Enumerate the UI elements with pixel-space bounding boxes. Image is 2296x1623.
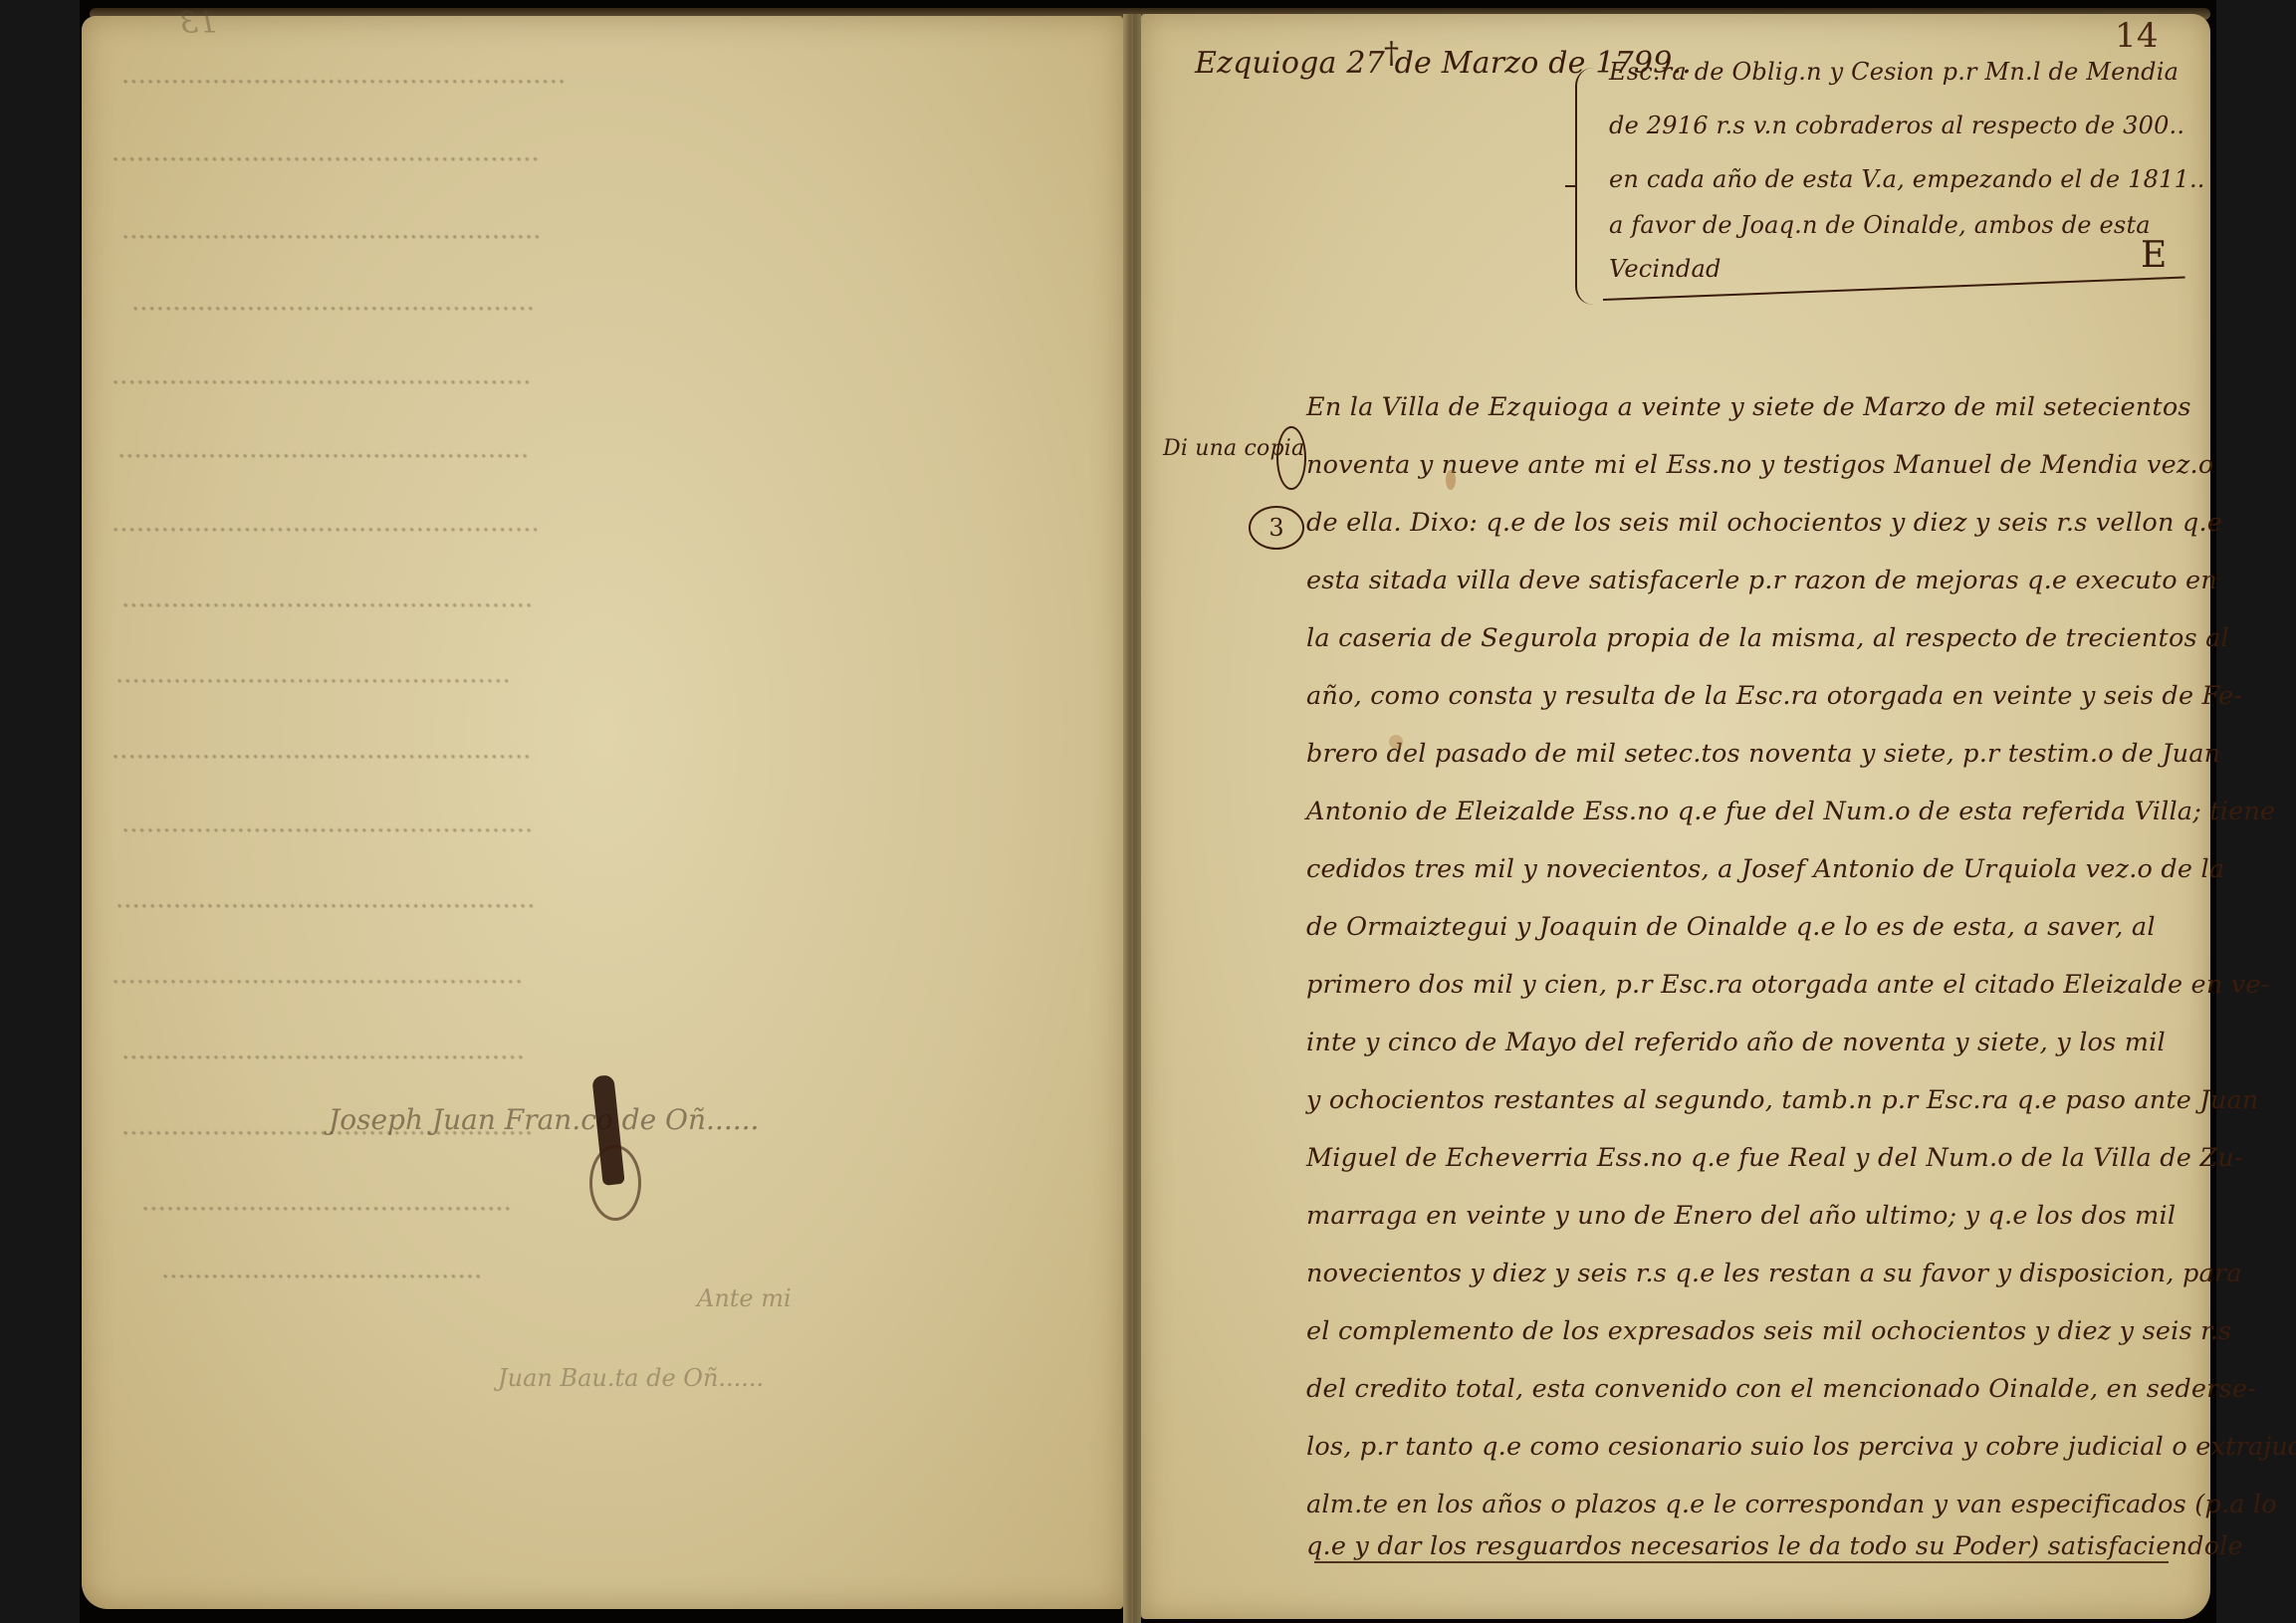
body-line: año, como consta y resulta de la Esc.ra … — [1306, 681, 2242, 711]
bleed-line: ........................................… — [121, 583, 533, 613]
bleed-line: ....................................... — [161, 1255, 482, 1284]
body-line: q.e y dar los resguardos necesarios le d… — [1306, 1531, 2243, 1561]
body-line: En la Villa de Ezquioga a veinte y siete… — [1306, 392, 2191, 422]
ink-flourish — [589, 1145, 641, 1221]
margin-flourish — [1276, 426, 1306, 490]
circled-number: 3 — [1249, 506, 1304, 550]
paper-stain — [1446, 470, 1456, 490]
signature-line: Joseph Juan Fran.co de Oñ...... — [329, 1103, 759, 1136]
bleed-line: ........................................… — [115, 884, 536, 914]
body-line: novecientos y diez y seis r.s q.e les re… — [1306, 1259, 2242, 1288]
bleed-line: ........................................… — [121, 215, 542, 245]
binding-line — [1133, 14, 1141, 1623]
body-line: noventa y nueve ante mi el Ess.no y test… — [1306, 450, 2213, 480]
body-line: del credito total, esta convenido con el… — [1306, 1374, 2256, 1404]
body-line: primero dos mil y cien, p.r Esc.ra otorg… — [1306, 970, 2270, 1000]
summary-brace — [1575, 68, 1599, 305]
body-line: marraga en veinte y uno de Enero del año… — [1306, 1201, 2176, 1231]
body-line: Antonio de Eleizalde Ess.no q.e fue del … — [1306, 797, 2275, 826]
bleed-line: ........................................… — [121, 1036, 525, 1065]
summary-line: de 2916 r.s v.n cobraderos al respecto d… — [1609, 112, 2184, 139]
body-line: esta sitada villa deve satisfacerle p.r … — [1306, 566, 2217, 595]
bleed-line: ........................................… — [121, 809, 533, 838]
body-line: de ella. Dixo: q.e de los seis mil ochoc… — [1306, 508, 2222, 538]
body-line: de Ormaiztegui y Joaquin de Oinalde q.e … — [1306, 912, 2156, 942]
body-line: alm.te en los años o plazos q.e le corre… — [1306, 1490, 2277, 1519]
body-line: Miguel de Echeverria Ess.no q.e fue Real… — [1306, 1143, 2243, 1173]
body-line: la caseria de Segurola propia de la mism… — [1306, 623, 2229, 653]
bleed-line: ........................................… — [141, 1187, 512, 1217]
body-line: brero del pasado de mil setec.tos novent… — [1306, 739, 2220, 769]
bleed-line: ........................................… — [112, 960, 523, 990]
summary-line: Vecindad — [1609, 255, 1722, 283]
cross-icon: † — [1384, 36, 1399, 71]
body-line: el complemento de los expresados seis mi… — [1306, 1316, 2231, 1346]
body-line: y ochocientos restantes al segundo, tamb… — [1306, 1085, 2258, 1115]
bleed-line: ........................................… — [112, 137, 540, 167]
summary-line: a favor de Joaq.n de Oinalde, ambos de e… — [1609, 211, 2151, 239]
closing-rule — [1314, 1561, 2169, 1563]
bleed-line: ........................................… — [115, 659, 511, 689]
body-line: inte y cinco de Mayo del referido año de… — [1306, 1028, 2166, 1057]
summary-brace-tip — [1565, 185, 1577, 187]
bleed-line: ........................................… — [112, 360, 532, 390]
bleed-line: ........................................… — [112, 508, 540, 538]
body-line: cedidos tres mil y novecientos, a Josef … — [1306, 854, 2224, 884]
bleed-line: ........................................… — [121, 60, 566, 90]
summary-line: Esc.ra de Oblig.n y Cesion p.r Mn.l de M… — [1609, 58, 2179, 86]
paper-stain — [1389, 735, 1403, 749]
left-folio-number: 13 — [179, 6, 217, 41]
rubric-flourish: E — [2141, 235, 2167, 276]
bleed-line: ........................................… — [131, 287, 535, 317]
bleed-line: ........................................… — [112, 735, 532, 765]
body-line: los, p.r tanto q.e como cesionario suio … — [1306, 1432, 2296, 1462]
signature-line: Ante mi — [697, 1284, 792, 1312]
bleed-line: ........................................… — [117, 434, 529, 464]
right-folio-number: 14 — [2115, 16, 2159, 56]
signature-line: Juan Bau.ta de Oñ...... — [498, 1364, 764, 1392]
summary-line: en cada año de esta V.a, empezando el de… — [1609, 165, 2205, 193]
